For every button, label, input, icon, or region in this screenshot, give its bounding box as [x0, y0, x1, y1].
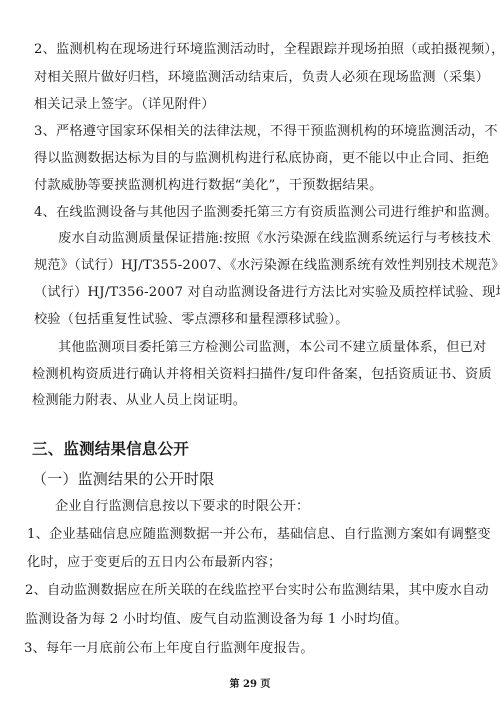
intro-text: 企业自行监测信息按以下要求的时限公开： [55, 499, 309, 515]
other-monitoring-line-1: 其他监测项目委托第三方检测公司监测，本公司不建立质量体系，但已对 [58, 340, 486, 356]
wastewater-qa-line-4: 校验（包括重复性试验、零点漂移和量程漂移试验）。 [34, 312, 349, 328]
paragraph-2-line-1: 2、监测机构在现场进行环境监测活动时，全程跟踪并现场拍照（或拍摄视频）， [34, 42, 500, 58]
wastewater-qa-line-2: 规范》（试行）HJ/T355-2007、《水污染源在线监测系统有效性判别技术规范… [34, 258, 500, 274]
wastewater-qa-line-1: 废水自动监测质量保证措施:按照《水污染源在线监测系统运行与考核技术 [58, 231, 491, 247]
other-monitoring-line-3: 检测能力附表、从业人员上岗证明。 [32, 393, 246, 409]
item-3-line-1: 3、每年一月底前公布上年度自行监测年度报告。 [24, 641, 314, 657]
paragraph-3-line-2: 得以监测数据达标为目的与监测机构进行私底协商，更不能以中止合同、拒绝 [34, 151, 489, 167]
page-number: 第 29 页 [0, 675, 500, 690]
paragraph-2-line-2: 对相关照片做好归档，环境监测活动结束后，负责人必须在现场监测（采集） [34, 70, 489, 86]
other-monitoring-line-2: 检测机构资质进行确认并将相关资料扫描件/复印件备案，包括资质证书、资质 [32, 367, 492, 383]
paragraph-4-line-1: 4、在线监测设备与其他因子监测委托第三方有资质监测公司进行维护和监测。 [34, 205, 498, 221]
item-1-line-1: 1、企业基础信息应随监测数据一并公布，基础信息、自行监测方案如有调整变 [27, 527, 491, 543]
item-2-line-1: 2、自动监测数据应在所关联的在线监控平台实时公布监测结果，其中废水自动 [25, 583, 489, 599]
section-heading: 三、监测结果信息公开 [32, 441, 189, 457]
item-2-line-2: 监测设备为每 2 小时均值、废气自动监测设备为每 1 小时均值。 [25, 612, 408, 628]
subsection-heading: （一）监测结果的公开时限 [32, 471, 214, 487]
paragraph-3-line-1: 3、严格遵守国家环保相关的法律法规，不得干预监测机构的环境监测活动，不 [34, 124, 498, 140]
paragraph-3-line-3: 付款威胁等要挟监测机构进行数据“美化”，干预数据结果。 [34, 178, 383, 194]
paragraph-2-line-3: 相关记录上签字。（详见附件） [34, 97, 215, 113]
wastewater-qa-line-3: （试行）HJ/T356-2007 对自动监测设备进行方法比对实验及质控样试验、现… [34, 285, 500, 301]
item-1-line-2: 化时，应于变更后的五日内公布最新内容； [27, 555, 281, 571]
